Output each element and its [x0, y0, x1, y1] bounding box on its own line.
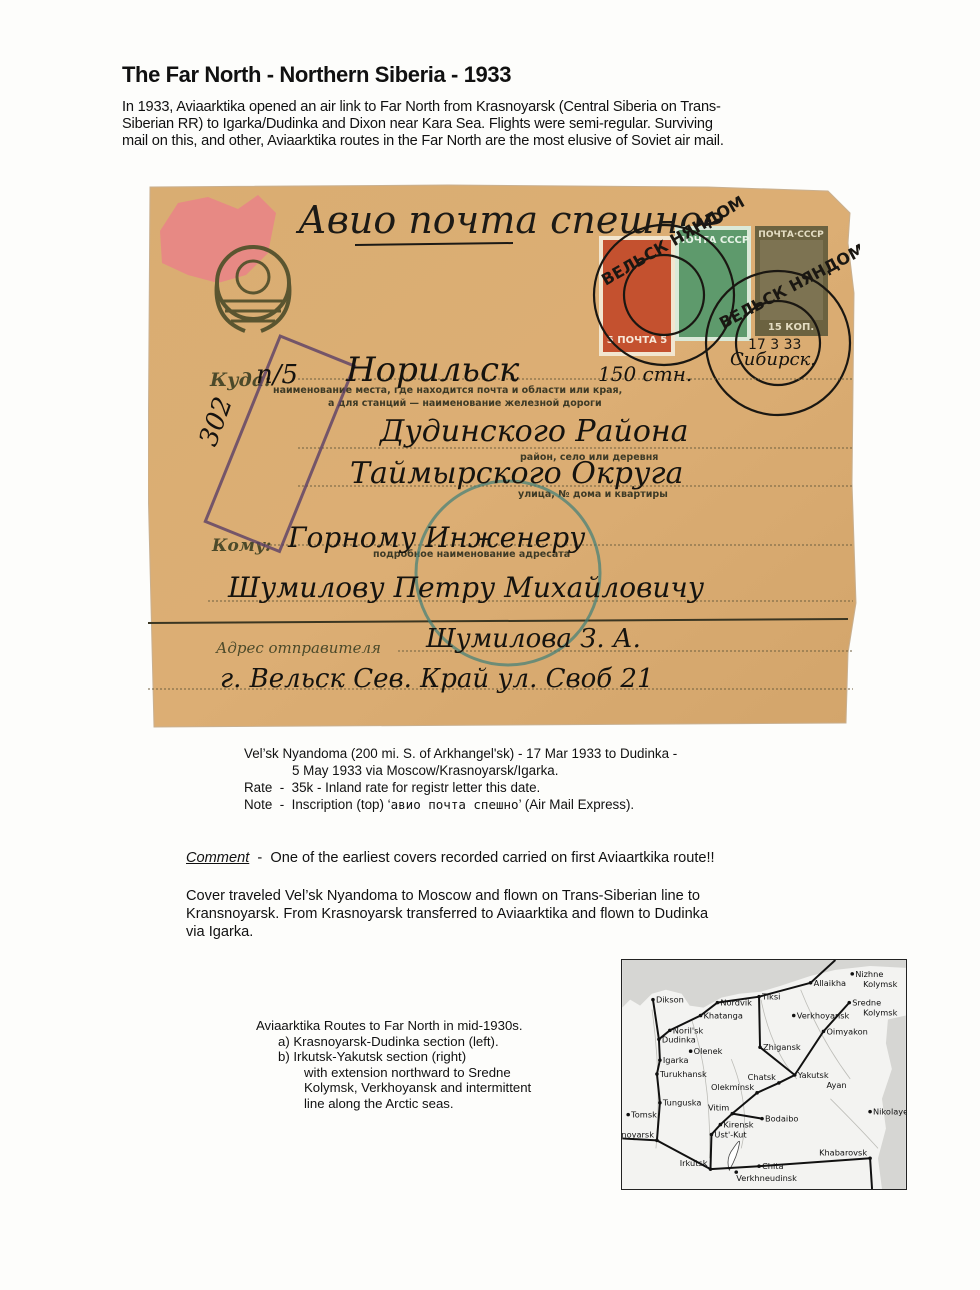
map-label: Turukhansk: [659, 1069, 707, 1079]
caption-note: Note - Inscription (top) ‘авио почта спе…: [244, 796, 677, 813]
city-dot-icon: [689, 1049, 693, 1053]
svg-text:150 стн.: 150 стн.: [598, 362, 692, 386]
city-dot-icon: [755, 1091, 759, 1095]
svg-text:Норильск: Норильск: [345, 350, 520, 390]
svg-text:ПОЧТА·СССР: ПОЧТА·СССР: [758, 230, 824, 240]
map-label: Igarka: [663, 1055, 689, 1065]
city-dot-icon: [668, 1029, 672, 1033]
map-label: Tiksi: [761, 992, 780, 1002]
intro-line: In 1933, Aviaarktika opened an air link …: [122, 99, 882, 116]
map-label: Yakutsk: [797, 1070, 829, 1080]
map-label: Tomsk: [630, 1110, 657, 1120]
svg-text:а для станций — наименование ж: а для станций — наименование железной до…: [328, 398, 602, 409]
place-markers: DiksonTiksiAllaikhaNizhneKolymskSredneKo…: [622, 969, 906, 1183]
map-label: Sredne: [852, 998, 881, 1008]
intro-text: In 1933, Aviaarktika opened an air link …: [122, 99, 882, 150]
map-label: Krasnoyarsk: [622, 1129, 654, 1139]
city-dot-icon: [757, 995, 761, 999]
map-label: Dudinka: [662, 1034, 696, 1044]
city-dot-icon: [809, 981, 813, 985]
city-dot-icon: [760, 1117, 764, 1121]
caption-rate: Rate - 35k - Inland rate for registr let…: [244, 779, 677, 796]
caption-route-cont: 5 May 1933 via Moscow/Krasnoyarsk/Igarka…: [244, 762, 677, 779]
page-title: The Far North - Northern Siberia - 1933: [122, 62, 511, 88]
city-dot-icon: [730, 1112, 734, 1116]
svg-text:Шумилову Петру Михайловичу: Шумилову Петру Михайловичу: [227, 571, 705, 604]
city-dot-icon: [850, 972, 854, 976]
svg-text:Таймырского Округа: Таймырского Округа: [350, 456, 683, 491]
airmail-inscription: Авио почта спешное: [295, 198, 725, 242]
map-label: Chatsk: [748, 1072, 776, 1082]
postal-cover-image: Авио почта спешное 5 ПОЧТА 5 ПОЧТА СССР …: [148, 183, 860, 729]
caption-route: Vel’sk Nyandoma (200 mi. S. of Arkhangel…: [244, 745, 677, 762]
city-dot-icon: [847, 1001, 851, 1005]
map-label: Tunguska: [662, 1098, 702, 1108]
map-label: Nikolayevsk: [873, 1107, 906, 1117]
city-dot-icon: [655, 1072, 659, 1076]
city-dot-icon: [719, 1123, 723, 1127]
city-dot-icon: [793, 1073, 797, 1077]
map-label: Khabarovsk: [819, 1147, 867, 1157]
route-map: DiksonTiksiAllaikhaNizhneKolymskSredneKo…: [621, 959, 907, 1190]
city-dot-icon: [822, 1030, 826, 1034]
map-label: Dikson: [656, 995, 684, 1005]
map-label: Vitim: [708, 1103, 729, 1113]
city-dot-icon: [868, 1156, 872, 1160]
map-label: Olekminsk: [711, 1082, 754, 1092]
map-label: Kirensk: [723, 1120, 753, 1130]
map-label: Zhigansk: [763, 1042, 801, 1052]
svg-text:Сибирск.: Сибирск.: [730, 349, 816, 370]
map-label: Nizhne: [855, 969, 883, 979]
svg-text:Шумилова З. А.: Шумилова З. А.: [425, 624, 641, 654]
city-dot-icon: [709, 1167, 713, 1171]
map-label: Olenek: [694, 1046, 723, 1056]
city-dot-icon: [626, 1113, 630, 1117]
city-dot-icon: [792, 1014, 796, 1018]
city-dot-icon: [657, 1038, 661, 1042]
city-dot-icon: [658, 1058, 662, 1062]
comment-line: Comment - One of the earliest covers rec…: [186, 850, 715, 866]
map-label: Khatanga: [704, 1010, 743, 1020]
city-dot-icon: [710, 1133, 714, 1137]
map-label: Bodaibo: [765, 1114, 798, 1124]
map-label: Irkutsk: [680, 1158, 708, 1168]
city-dot-icon: [651, 998, 655, 1002]
city-dot-icon: [757, 1164, 761, 1168]
map-label: Allaikha: [814, 978, 847, 988]
city-dot-icon: [658, 1101, 662, 1105]
map-label: Verkhoyansk: [797, 1010, 850, 1020]
route-paragraph: Cover traveled Vel’sk Nyandoma to Moscow…: [186, 887, 846, 941]
map-label: Ust'-Kut: [714, 1129, 747, 1139]
intro-line: Siberian RR) to Igarka/Dudinka and Dixon…: [122, 116, 882, 133]
city-dot-icon: [758, 1045, 762, 1049]
map-caption: Aviaarktika Routes to Far North in mid-1…: [256, 1018, 531, 1111]
city-dot-icon: [655, 1139, 659, 1143]
svg-text:Адрес отправителя: Адрес отправителя: [215, 639, 381, 657]
comment-text: One of the earliest covers recorded carr…: [270, 850, 714, 866]
map-label: Oimyakon: [826, 1026, 867, 1036]
map-label: Kolymsk: [863, 979, 897, 989]
cover-caption: Vel’sk Nyandoma (200 mi. S. of Arkhangel…: [244, 745, 677, 813]
svg-text:15 КОП.: 15 КОП.: [768, 322, 814, 333]
svg-text:г. Вельск Сев. Край ул. Своб 2: г. Вельск Сев. Край ул. Своб 21: [220, 664, 654, 694]
svg-text:Горному Инженеру: Горному Инженеру: [287, 521, 586, 554]
city-dot-icon: [868, 1110, 872, 1114]
comment-label: Comment: [186, 850, 249, 866]
city-dot-icon: [716, 1001, 720, 1005]
svg-text:Дудинского Района: Дудинского Района: [378, 414, 689, 449]
map-label: Kolymsk: [863, 1008, 897, 1018]
map-label: Verkhneudinsk: [736, 1173, 797, 1183]
city-dot-icon: [699, 1014, 703, 1018]
map-label: Nordvik: [720, 998, 752, 1008]
intro-line: mail on this, and other, Aviaarktika rou…: [122, 133, 882, 150]
svg-text:п/5: п/5: [256, 360, 298, 390]
pacific-sea: [878, 1016, 906, 1189]
city-dot-icon: [777, 1081, 781, 1085]
map-label: Ayan: [826, 1080, 846, 1090]
map-label: Chita: [762, 1161, 784, 1171]
